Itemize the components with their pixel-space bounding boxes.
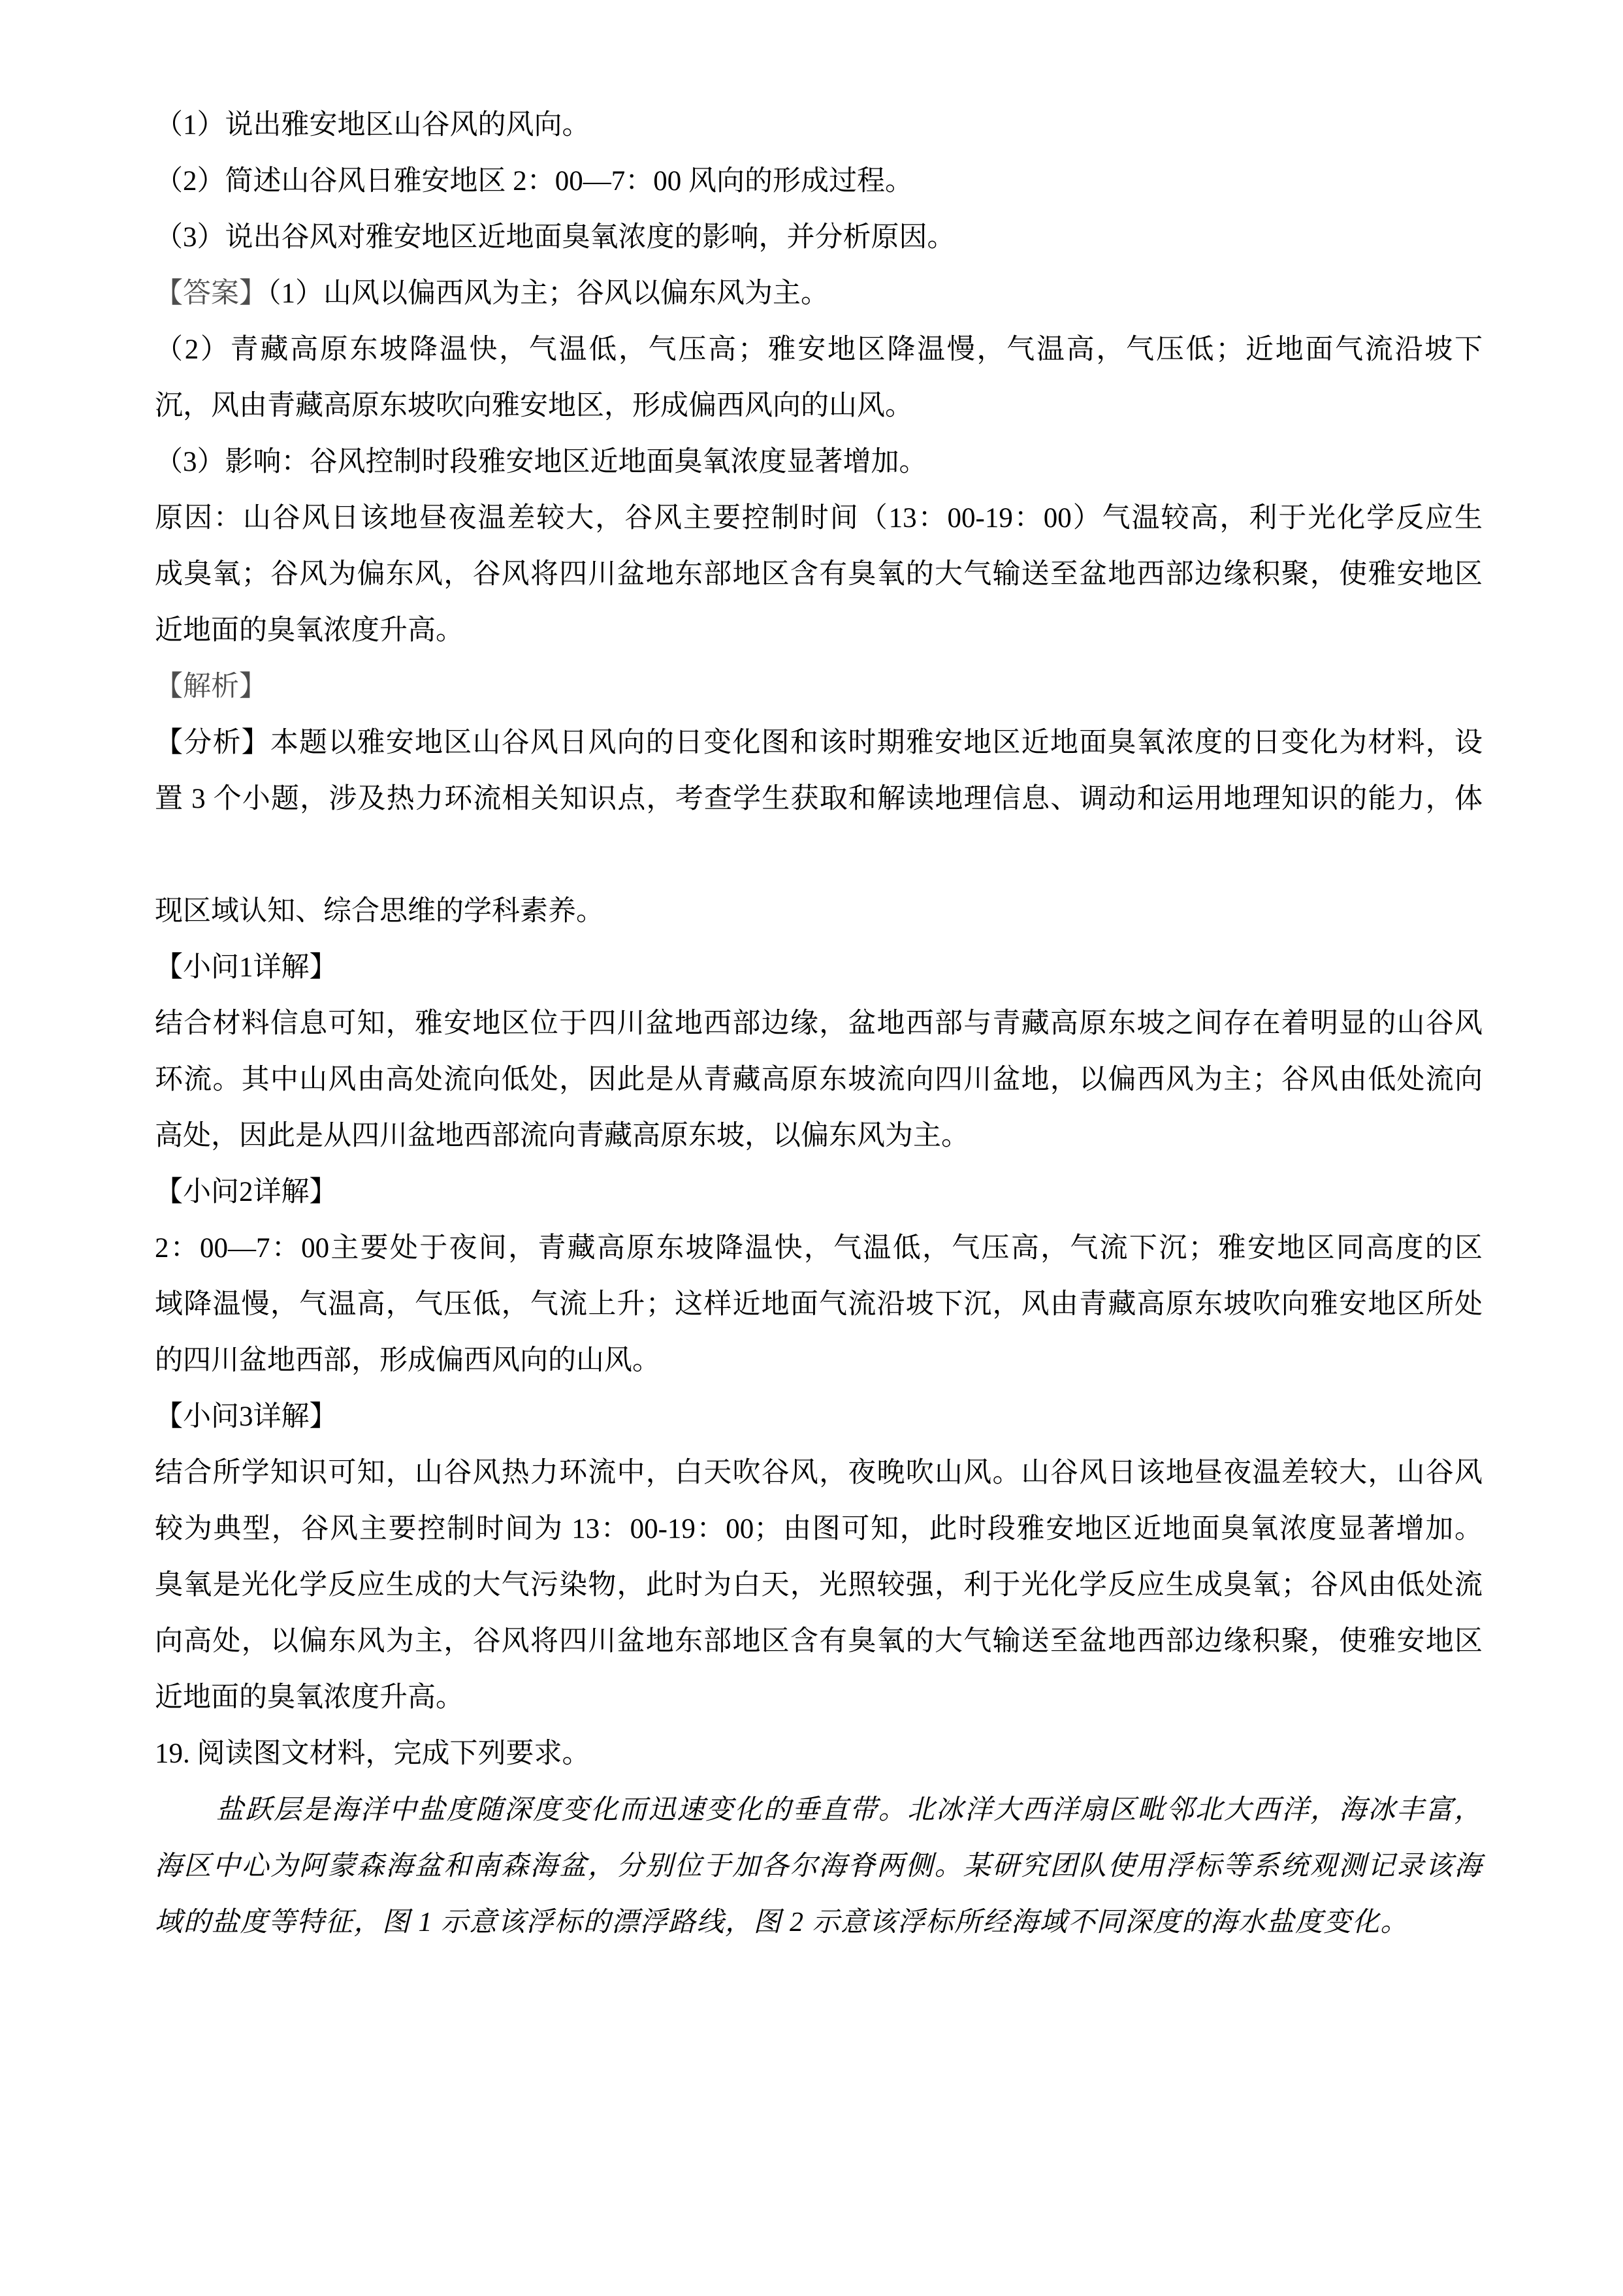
text-run: （3）说出谷风对雅安地区近地面臭氧浓度的影响，并分析原因。: [155, 222, 956, 253]
text-run: 沉，风由青藏高原东坡吹向雅安地区，形成偏西风向的山风。: [155, 391, 913, 421]
text-run: （2）简述山谷风日雅安地区 2：00—7：00 风向的形成过程。: [155, 166, 913, 197]
text-line: （2）简述山谷风日雅安地区 2：00—7：00 风向的形成过程。: [155, 153, 1483, 210]
text-line: 近地面的臭氧浓度升高。: [155, 603, 1483, 659]
text-run: 2：00—7：00主要处于夜间，青藏高原东坡降温快，气温低，气压高，气流下沉；雅…: [155, 1233, 1483, 1264]
text-line: 臭氧是光化学反应生成的大气污染物，此时为白天，光照较强，利于光化学反应生成臭氧；…: [155, 1557, 1483, 1614]
text-line: 现区域认知、综合思维的学科素养。: [155, 884, 1483, 940]
text-run: 【小问1详解】: [155, 952, 338, 983]
text-run: 盐跃层是海洋中盐度随深度变化而迅速变化的垂直带。北冰洋大西洋扇区毗邻北大西洋，海…: [216, 1795, 1483, 1825]
text-line: 结合材料信息可知，雅安地区位于四川盆地西部边缘，盆地西部与青藏高原东坡之间存在着…: [155, 996, 1483, 1052]
text-line: 盐跃层是海洋中盐度随深度变化而迅速变化的垂直带。北冰洋大西洋扇区毗邻北大西洋，海…: [155, 1782, 1483, 1838]
text-run: 海区中心为阿蒙森海盆和南森海盆，分别位于加各尔海脊两侧。某研究团队使用浮标等系统…: [155, 1851, 1483, 1881]
text-run: 环流。其中山风由高处流向低处，因此是从青藏高原东坡流向四川盆地，以偏西风为主；谷…: [155, 1064, 1483, 1095]
section-label: 【解析】: [155, 671, 267, 702]
text-line: （2）青藏高原东坡降温快，气温低，气压高；雅安地区降温慢，气温高，气压低；近地面…: [155, 322, 1483, 378]
text-run: 【小问2详解】: [155, 1177, 338, 1207]
text-line: 较为典型，谷风主要控制时间为 13：00-19：00；由图可知，此时段雅安地区近…: [155, 1501, 1483, 1557]
document-page: （1）说出雅安地区山谷风的风向。（2）简述山谷风日雅安地区 2：00—7：00 …: [0, 0, 1623, 2296]
text-run: 现区域认知、综合思维的学科素养。: [155, 896, 604, 927]
document-body: （1）说出雅安地区山谷风的风向。（2）简述山谷风日雅安地区 2：00—7：00 …: [155, 97, 1483, 1951]
text-line: 近地面的臭氧浓度升高。: [155, 1670, 1483, 1726]
text-run: 向高处，以偏东风为主，谷风将四川盆地东部地区含有臭氧的大气输送至盆地西部边缘积聚…: [155, 1626, 1483, 1657]
text-line: 【解析】: [155, 659, 1483, 715]
text-run: 近地面的臭氧浓度升高。: [155, 1682, 464, 1713]
text-line: 置 3 个小题，涉及热力环流相关知识点，考查学生获取和解读地理信息、调动和运用地…: [155, 771, 1483, 827]
text-run: 的四川盆地西部，形成偏西风向的山风。: [155, 1345, 660, 1376]
text-run: 结合材料信息可知，雅安地区位于四川盆地西部边缘，盆地西部与青藏高原东坡之间存在着…: [155, 1008, 1483, 1039]
text-run: 成臭氧；谷风为偏东风，谷风将四川盆地东部地区含有臭氧的大气输送至盆地西部边缘积聚…: [155, 559, 1483, 590]
text-line: 【分析】本题以雅安地区山谷风日风向的日变化图和该时期雅安地区近地面臭氧浓度的日变…: [155, 715, 1483, 771]
section-label: 【答案】: [155, 278, 267, 309]
text-run: （2）青藏高原东坡降温快，气温低，气压高；雅安地区降温慢，气温高，气压低；近地面…: [155, 334, 1483, 365]
text-line: 域的盐度等特征，图 1 示意该浮标的漂浮路线，图 2 示意该浮标所经海域不同深度…: [155, 1894, 1483, 1951]
text-run: 臭氧是光化学反应生成的大气污染物，此时为白天，光照较强，利于光化学反应生成臭氧；…: [155, 1570, 1483, 1601]
text-line: 沉，风由青藏高原东坡吹向雅安地区，形成偏西风向的山风。: [155, 378, 1483, 434]
text-line: （1）说出雅安地区山谷风的风向。: [155, 97, 1483, 153]
text-run: 【小问3详解】: [155, 1401, 338, 1432]
text-line: （3）影响：谷风控制时段雅安地区近地面臭氧浓度显著增加。: [155, 434, 1483, 490]
text-run: （3）影响：谷风控制时段雅安地区近地面臭氧浓度显著增加。: [155, 447, 927, 477]
text-run: 域降温慢，气温高，气压低，气流上升；这样近地面气流沿坡下沉，风由青藏高原东坡吹向…: [155, 1289, 1483, 1320]
text-line: 2：00—7：00主要处于夜间，青藏高原东坡降温快，气温低，气压高，气流下沉；雅…: [155, 1220, 1483, 1277]
text-run: 近地面的臭氧浓度升高。: [155, 615, 464, 646]
text-run: （1）山风以偏西风为主；谷风以偏东风为主。: [267, 278, 829, 309]
text-run: （1）说出雅安地区山谷风的风向。: [155, 110, 590, 140]
text-line: 【答案】（1）山风以偏西风为主；谷风以偏东风为主。: [155, 266, 1483, 322]
text-line: 高处，因此是从四川盆地西部流向青藏高原东坡，以偏东风为主。: [155, 1108, 1483, 1164]
text-run: 高处，因此是从四川盆地西部流向青藏高原东坡，以偏东风为主。: [155, 1121, 969, 1151]
text-line: 域降温慢，气温高，气压低，气流上升；这样近地面气流沿坡下沉，风由青藏高原东坡吹向…: [155, 1277, 1483, 1333]
text-line: （3）说出谷风对雅安地区近地面臭氧浓度的影响，并分析原因。: [155, 210, 1483, 266]
text-run: 【分析】本题以雅安地区山谷风日风向的日变化图和该时期雅安地区近地面臭氧浓度的日变…: [155, 727, 1483, 758]
text-line: 【小问1详解】: [155, 940, 1483, 996]
text-line: 19. 阅读图文材料，完成下列要求。: [155, 1726, 1483, 1782]
text-run: 原因：山谷风日该地昼夜温差较大，谷风主要控制时间（13：00-19：00）气温较…: [155, 503, 1483, 534]
text-run: 域的盐度等特征，图 1 示意该浮标的漂浮路线，图 2 示意该浮标所经海域不同深度…: [155, 1907, 1409, 1937]
text-line: 环流。其中山风由高处流向低处，因此是从青藏高原东坡流向四川盆地，以偏西风为主；谷…: [155, 1052, 1483, 1108]
text-run: 结合所学知识可知，山谷风热力环流中，白天吹谷风，夜晚吹山风。山谷风日该地昼夜温差…: [155, 1458, 1483, 1488]
text-line: 的四川盆地西部，形成偏西风向的山风。: [155, 1333, 1483, 1389]
text-run: 19. 阅读图文材料，完成下列要求。: [155, 1738, 590, 1769]
text-line: 海区中心为阿蒙森海盆和南森海盆，分别位于加各尔海脊两侧。某研究团队使用浮标等系统…: [155, 1838, 1483, 1894]
text-line: 成臭氧；谷风为偏东风，谷风将四川盆地东部地区含有臭氧的大气输送至盆地西部边缘积聚…: [155, 547, 1483, 603]
text-line: 结合所学知识可知，山谷风热力环流中，白天吹谷风，夜晚吹山风。山谷风日该地昼夜温差…: [155, 1445, 1483, 1501]
text-line: 向高处，以偏东风为主，谷风将四川盆地东部地区含有臭氧的大气输送至盆地西部边缘积聚…: [155, 1614, 1483, 1670]
text-line: 原因：山谷风日该地昼夜温差较大，谷风主要控制时间（13：00-19：00）气温较…: [155, 490, 1483, 547]
text-line: 【小问3详解】: [155, 1389, 1483, 1445]
blank-line: [155, 827, 1483, 884]
text-line: 【小问2详解】: [155, 1164, 1483, 1220]
text-run: 较为典型，谷风主要控制时间为 13：00-19：00；由图可知，此时段雅安地区近…: [155, 1514, 1483, 1544]
text-run: 置 3 个小题，涉及热力环流相关知识点，考查学生获取和解读地理信息、调动和运用地…: [155, 784, 1483, 814]
